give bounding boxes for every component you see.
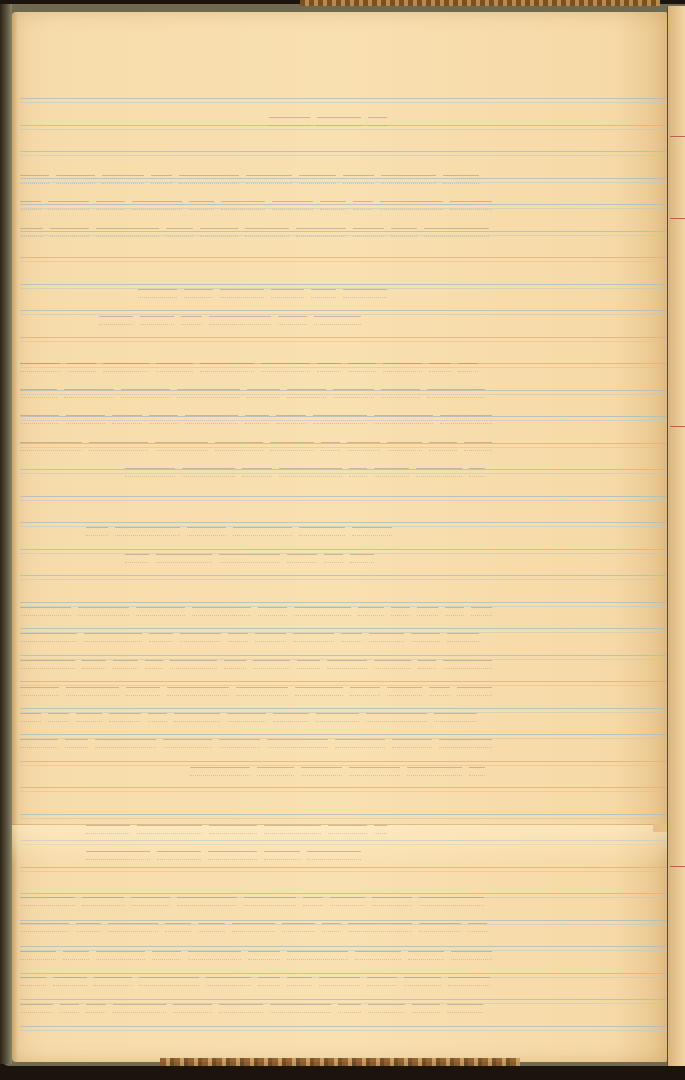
handwritten-word (219, 1004, 263, 1013)
adjacent-page-edge (667, 6, 685, 1066)
handwritten-word (156, 363, 193, 372)
handwritten-word (294, 607, 351, 616)
handwritten-word (269, 117, 310, 126)
handwritten-line (125, 463, 485, 477)
handwritten-word (94, 977, 132, 986)
handwritten-word (272, 201, 313, 210)
handwritten-word (347, 442, 380, 451)
margin-tick (670, 426, 685, 427)
handwritten-word (299, 175, 336, 184)
handwritten-word (391, 607, 410, 616)
handwritten-word (20, 713, 41, 722)
handwritten-word (458, 363, 478, 372)
handwritten-line (20, 410, 492, 424)
handwritten-word (439, 739, 492, 748)
handwritten-word (328, 825, 367, 834)
handwritten-word (404, 977, 441, 986)
handwritten-word (374, 660, 411, 669)
handwritten-word (327, 660, 367, 669)
handwritten-word (149, 633, 173, 642)
handwritten-word (170, 660, 217, 669)
page-edge-top (300, 0, 660, 6)
handwritten-word (349, 767, 400, 776)
handwritten-word (126, 687, 160, 696)
handwritten-word (321, 442, 340, 451)
handwritten-word (76, 923, 101, 932)
notebook-spine (0, 4, 12, 1064)
handwritten-word (173, 1004, 212, 1013)
handwritten-line (20, 972, 492, 986)
handwritten-word (115, 527, 180, 536)
handwritten-word (206, 977, 251, 986)
handwritten-word (20, 633, 77, 642)
handwritten-word (343, 175, 374, 184)
handwritten-word (429, 442, 457, 451)
margin-tick (670, 136, 685, 137)
handwritten-word (20, 660, 75, 669)
handwritten-word (184, 289, 213, 298)
handwritten-word (149, 415, 178, 424)
handwritten-word (279, 468, 342, 477)
handwritten-word (180, 633, 221, 642)
handwritten-word (374, 415, 433, 424)
handwritten-word (271, 289, 304, 298)
handwritten-word (20, 415, 59, 424)
handwritten-word (350, 687, 380, 696)
handwritten-word (96, 951, 145, 960)
handwritten-word (314, 316, 361, 325)
handwritten-word (174, 713, 220, 722)
handwritten-word (417, 607, 438, 616)
handwritten-word (282, 923, 315, 932)
handwritten-word (248, 951, 280, 960)
handwritten-word (152, 951, 181, 960)
handwritten-word (163, 739, 212, 748)
handwritten-line (269, 112, 387, 126)
handwritten-word (296, 228, 346, 237)
handwritten-word (20, 739, 58, 748)
handwritten-word (443, 175, 479, 184)
handwritten-word (451, 951, 492, 960)
handwritten-word (246, 175, 292, 184)
handwritten-word (367, 977, 397, 986)
rule-line (20, 257, 667, 258)
handwritten-line (20, 655, 492, 669)
handwritten-word (99, 316, 133, 325)
handwritten-word (353, 201, 373, 210)
handwritten-word (333, 389, 374, 398)
handwritten-word (20, 687, 59, 696)
handwritten-word (380, 201, 443, 210)
handwritten-word (215, 442, 263, 451)
handwritten-word (324, 554, 343, 563)
handwritten-word (86, 851, 150, 860)
handwritten-word (224, 660, 246, 669)
handwritten-word (20, 977, 46, 986)
handwritten-word (261, 363, 310, 372)
handwritten-line (20, 602, 492, 616)
handwritten-word (155, 442, 208, 451)
handwritten-word (411, 633, 440, 642)
handwritten-line (99, 311, 361, 325)
handwritten-word (429, 687, 450, 696)
handwritten-word (221, 201, 265, 210)
handwritten-word (20, 923, 69, 932)
handwritten-word (330, 897, 365, 906)
handwritten-word (95, 739, 156, 748)
handwritten-word (374, 825, 387, 834)
handwritten-word (200, 228, 238, 237)
handwritten-word (192, 607, 251, 616)
handwritten-line (190, 762, 485, 776)
handwritten-line (20, 358, 492, 372)
handwritten-word (209, 316, 271, 325)
handwritten-word (165, 923, 191, 932)
handwritten-word (219, 554, 280, 563)
handwritten-word (167, 687, 229, 696)
rule-line (20, 151, 667, 152)
handwritten-word (208, 851, 257, 860)
handwritten-word (166, 228, 193, 237)
handwritten-word (307, 851, 361, 860)
handwritten-word (82, 897, 124, 906)
handwritten-word (257, 767, 294, 776)
handwritten-word (140, 316, 174, 325)
handwritten-word (469, 767, 485, 776)
handwritten-word (278, 316, 307, 325)
handwritten-line (20, 892, 492, 906)
handwritten-word (287, 554, 317, 563)
handwritten-word (232, 923, 275, 932)
handwritten-word (443, 660, 492, 669)
handwritten-word (258, 977, 280, 986)
handwritten-word (125, 554, 149, 563)
handwritten-word (65, 739, 88, 748)
handwritten-word (311, 289, 336, 298)
handwritten-word (464, 442, 492, 451)
handwritten-word (418, 660, 436, 669)
handwritten-word (89, 442, 148, 451)
handwritten-word (368, 1004, 405, 1013)
handwritten-line (20, 437, 492, 451)
handwritten-word (352, 527, 392, 536)
handwritten-word (391, 228, 417, 237)
handwritten-word (185, 415, 238, 424)
handwritten-word (270, 442, 314, 451)
handwritten-word (368, 117, 387, 126)
handwritten-word (434, 713, 477, 722)
handwritten-word (67, 363, 96, 372)
handwritten-word (182, 468, 235, 477)
handwritten-word (188, 951, 241, 960)
handwritten-word (102, 175, 144, 184)
handwritten-word (408, 951, 444, 960)
handwritten-word (242, 468, 272, 477)
handwritten-word (348, 923, 412, 932)
handwritten-word (96, 201, 125, 210)
handwritten-word (295, 687, 343, 696)
handwritten-word (48, 201, 89, 210)
handwritten-word (63, 951, 89, 960)
rule-line (20, 98, 667, 99)
handwritten-word (457, 687, 492, 696)
handwritten-word (86, 527, 108, 536)
handwritten-word (236, 687, 288, 696)
handwritten-line (20, 946, 492, 960)
handwritten-word (355, 951, 401, 960)
handwritten-word (258, 607, 287, 616)
handwritten-line (20, 682, 492, 696)
handwritten-word (198, 923, 225, 932)
handwritten-word (297, 660, 320, 669)
margin-tick (670, 218, 685, 219)
handwritten-word (316, 713, 359, 722)
handwritten-word (317, 363, 341, 372)
handwritten-word (66, 415, 105, 424)
handwritten-word (113, 1004, 166, 1013)
handwritten-word (156, 554, 212, 563)
handwritten-word (419, 897, 484, 906)
handwritten-word (20, 363, 60, 372)
handwritten-line (20, 918, 492, 932)
handwritten-word (157, 851, 201, 860)
handwritten-word (322, 923, 341, 932)
handwritten-word (255, 633, 286, 642)
handwritten-line (20, 628, 492, 642)
handwritten-word (139, 977, 199, 986)
handwritten-word (427, 389, 485, 398)
handwritten-word (76, 713, 102, 722)
handwritten-word (66, 687, 119, 696)
handwritten-word (148, 713, 167, 722)
handwritten-word (177, 389, 240, 398)
rule-line (20, 814, 667, 815)
handwritten-word (335, 739, 385, 748)
handwritten-word (303, 897, 323, 906)
handwritten-word (319, 977, 360, 986)
handwritten-word (96, 228, 159, 237)
handwritten-word (20, 228, 43, 237)
handwritten-word (48, 713, 69, 722)
handwritten-word (86, 1004, 106, 1013)
handwritten-word (440, 415, 492, 424)
handwritten-word (50, 228, 89, 237)
handwritten-word (20, 442, 82, 451)
handwritten-word (190, 767, 250, 776)
handwritten-word (247, 389, 280, 398)
handwritten-word (145, 660, 163, 669)
handwritten-word (112, 415, 142, 424)
handwritten-word (358, 607, 384, 616)
handwritten-word (320, 201, 346, 210)
handwritten-word (189, 201, 214, 210)
handwritten-word (253, 660, 290, 669)
handwritten-word (64, 389, 114, 398)
handwritten-line (20, 384, 492, 398)
page-edge-bottom (160, 1058, 520, 1066)
handwritten-word (86, 825, 130, 834)
handwritten-word (264, 851, 300, 860)
handwritten-word (348, 363, 376, 372)
handwritten-word (132, 201, 182, 210)
handwritten-word (468, 923, 487, 932)
handwritten-word (448, 977, 490, 986)
handwritten-word (20, 897, 75, 906)
handwritten-word (60, 1004, 79, 1013)
handwritten-word (429, 363, 451, 372)
handwritten-word (372, 897, 412, 906)
rule-line (20, 575, 667, 576)
handwritten-word (227, 713, 266, 722)
handwritten-word (151, 175, 172, 184)
handwritten-word (125, 468, 175, 477)
handwritten-word (108, 923, 158, 932)
handwritten-line (20, 196, 492, 210)
handwritten-word (264, 825, 321, 834)
handwritten-line (86, 522, 400, 536)
rule-line (20, 337, 667, 338)
handwritten-word (392, 739, 432, 748)
handwritten-word (293, 633, 334, 642)
handwritten-word (447, 633, 479, 642)
handwritten-word (447, 1004, 483, 1013)
handwritten-word (53, 977, 87, 986)
handwritten-word (20, 1004, 53, 1013)
handwritten-word (177, 897, 237, 906)
handwritten-word (353, 228, 384, 237)
handwritten-word (349, 468, 367, 477)
handwritten-word (276, 415, 306, 424)
handwritten-word (387, 442, 422, 451)
handwritten-word (20, 607, 71, 616)
handwritten-word (245, 228, 289, 237)
notebook-page: [illegible heading] [illegible] (12, 12, 667, 1062)
handwritten-word (287, 977, 312, 986)
handwritten-word (233, 527, 292, 536)
handwritten-word (20, 389, 57, 398)
handwritten-word (299, 527, 345, 536)
handwritten-word (179, 175, 239, 184)
handwritten-word (287, 951, 348, 960)
handwritten-word (20, 175, 49, 184)
handwritten-word (219, 739, 260, 748)
handwritten-word (350, 554, 374, 563)
handwritten-word (450, 201, 492, 210)
handwritten-word (416, 468, 462, 477)
handwritten-word (338, 1004, 361, 1013)
handwritten-line (20, 708, 492, 722)
handwritten-word (138, 289, 177, 298)
handwritten-word (287, 389, 326, 398)
handwritten-word (387, 687, 422, 696)
handwritten-word (369, 633, 404, 642)
page-fold-corner (653, 824, 667, 832)
handwritten-word (56, 175, 95, 184)
handwritten-word (317, 117, 361, 126)
handwritten-word (374, 468, 409, 477)
handwritten-word (301, 767, 342, 776)
rule-line (20, 496, 667, 497)
rule-line (20, 787, 667, 788)
handwritten-word (469, 468, 485, 477)
handwritten-word (84, 633, 142, 642)
handwritten-word (471, 607, 492, 616)
handwritten-line (20, 999, 492, 1013)
handwritten-word (381, 389, 420, 398)
handwritten-word (187, 527, 226, 536)
handwritten-line (20, 223, 492, 237)
handwritten-word (270, 1004, 331, 1013)
handwritten-word (113, 660, 138, 669)
handwritten-word (209, 825, 257, 834)
handwritten-word (137, 825, 202, 834)
handwritten-line (125, 549, 374, 563)
handwritten-word (383, 363, 422, 372)
handwritten-word (267, 739, 328, 748)
handwritten-word (109, 713, 141, 722)
handwritten-word (419, 923, 461, 932)
handwritten-word (121, 389, 170, 398)
handwritten-word (445, 607, 464, 616)
handwritten-word (407, 767, 462, 776)
handwritten-word (341, 633, 362, 642)
handwritten-line (86, 820, 387, 834)
handwritten-word (313, 415, 367, 424)
handwritten-line (86, 846, 374, 860)
handwritten-line (138, 284, 387, 298)
handwritten-word (424, 228, 489, 237)
handwritten-word (78, 607, 129, 616)
handwritten-word (136, 607, 185, 616)
handwritten-word (103, 363, 149, 372)
handwritten-word (181, 316, 202, 325)
handwritten-word (220, 289, 264, 298)
handwritten-word (20, 951, 56, 960)
handwritten-line (20, 170, 479, 184)
handwritten-word (200, 363, 254, 372)
handwritten-word (20, 201, 41, 210)
handwritten-word (381, 175, 436, 184)
handwritten-word (244, 897, 296, 906)
handwritten-word (82, 660, 106, 669)
handwritten-word (245, 415, 269, 424)
handwritten-word (131, 897, 170, 906)
handwritten-word (228, 633, 248, 642)
margin-tick (670, 866, 685, 867)
handwritten-word (412, 1004, 440, 1013)
handwritten-word (273, 713, 309, 722)
handwritten-word (366, 713, 427, 722)
handwritten-line (20, 734, 492, 748)
handwritten-word (343, 289, 387, 298)
